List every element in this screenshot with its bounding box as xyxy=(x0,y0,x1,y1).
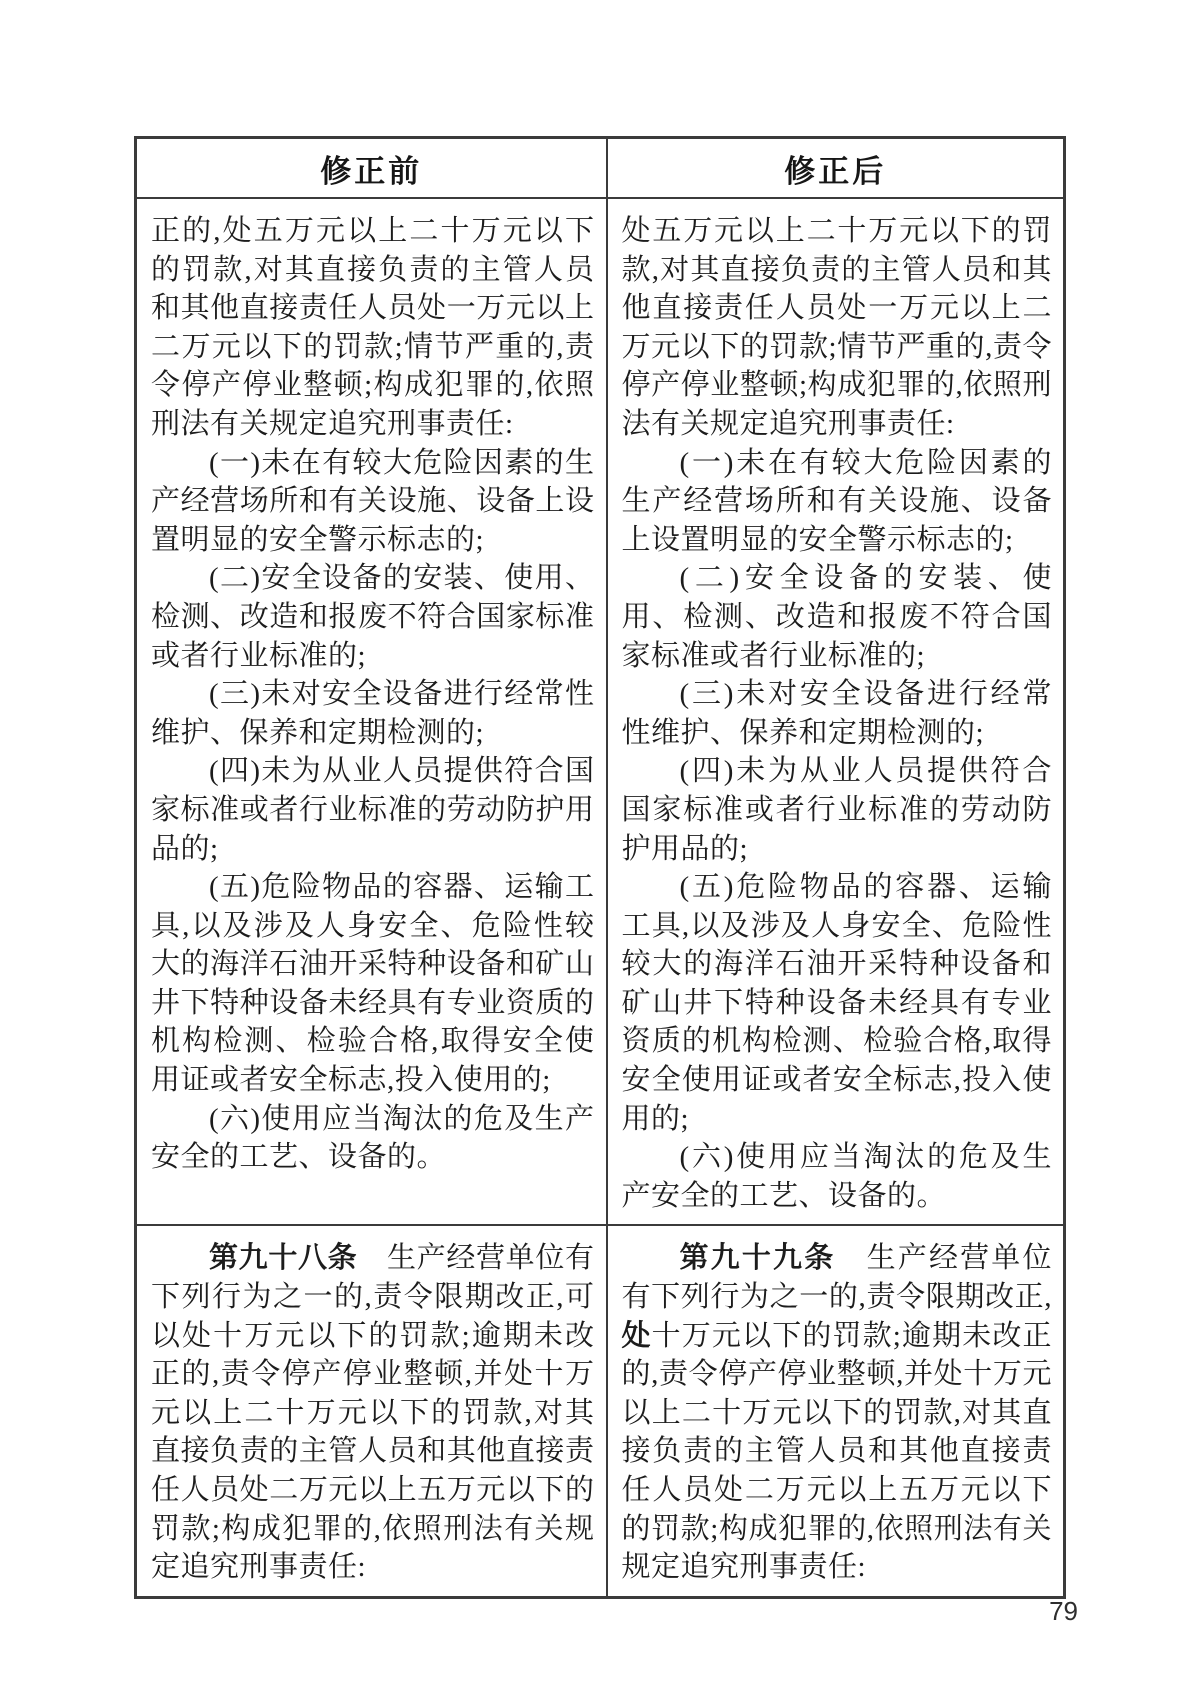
paragraph: (三)未对安全设备进行经常性维护、保养和定期检测的; xyxy=(622,675,1053,752)
paragraph: (四)未为从业人员提供符合国家标准或者行业标准的劳动防护用品的; xyxy=(151,752,595,868)
table-row: 正的,处五万元以上二十万元以下的罚款,对其直接负责的主管人员和其他直接责任人员处… xyxy=(136,198,1065,1225)
text-segment: (四)未为从业人员提供符合国家标准或者行业标准的劳动防护用品的; xyxy=(151,755,595,864)
amendment-comparison-table: 修正前 修正后 正的,处五万元以上二十万元以下的罚款,对其直接负责的主管人员和其… xyxy=(134,136,1066,1599)
column-header-after: 修正后 xyxy=(607,138,1065,199)
text-segment: (六)使用应当淘汰的危及生产安全的工艺、设备的。 xyxy=(151,1103,595,1174)
text-segment: (三)未对安全设备进行经常性维护、保养和定期检测的; xyxy=(622,678,1053,749)
text-segment: 处五万元以上二十万元以下的罚款,对其直接负责的主管人员和其他直接责任人员处一万元… xyxy=(622,215,1053,440)
bold-text: 第九十八条 xyxy=(209,1242,357,1274)
text-segment: (五)危险物品的容器、运输工具,以及涉及人身安全、危险性较大的海洋石油开采特种设… xyxy=(151,871,595,1096)
table-header: 修正前 修正后 xyxy=(136,138,1065,199)
paragraph: (五)危险物品的容器、运输工具,以及涉及人身安全、危险性较大的海洋石油开采特种设… xyxy=(151,868,595,1100)
cell-after: 处五万元以上二十万元以下的罚款,对其直接负责的主管人员和其他直接责任人员处一万元… xyxy=(607,198,1065,1225)
text-segment: (三)未对安全设备进行经常性维护、保养和定期检测的; xyxy=(151,678,595,749)
table-row: 第九十八条 生产经营单位有下列行为之一的,责令限期改正,可以处十万元以下的罚款;… xyxy=(136,1225,1065,1597)
paragraph: (二)安全设备的安装、使用、检测、改造和报废不符合国家标准或者行业标准的; xyxy=(622,559,1053,675)
header-row: 修正前 修正后 xyxy=(136,138,1065,199)
text-segment: 正的,处五万元以上二十万元以下的罚款,对其直接负责的主管人员和其他直接责任人员处… xyxy=(151,215,595,440)
text-segment: 生产经营单位有下列行为之一的,责令限期改正,可以处十万元以下的罚款;逾期未改正的… xyxy=(151,1242,595,1583)
paragraph: 第九十九条 生产经营单位有下列行为之一的,责令限期改正,处十万元以下的罚款;逾期… xyxy=(622,1239,1053,1586)
text-segment: (二)安全设备的安装、使用、检测、改造和报废不符合国家标准或者行业标准的; xyxy=(151,562,595,671)
text-segment: (一)未在有较大危险因素的生产经营场所和有关设施、设备上设置明显的安全警示标志的… xyxy=(622,447,1053,556)
paragraph: (二)安全设备的安装、使用、检测、改造和报废不符合国家标准或者行业标准的; xyxy=(151,559,595,675)
paragraph: (六)使用应当淘汰的危及生产安全的工艺、设备的。 xyxy=(151,1100,595,1177)
text-segment: (六)使用应当淘汰的危及生产安全的工艺、设备的。 xyxy=(622,1141,1053,1212)
paragraph: 正的,处五万元以上二十万元以下的罚款,对其直接负责的主管人员和其他直接责任人员处… xyxy=(151,212,595,444)
paragraph: 第九十八条 生产经营单位有下列行为之一的,责令限期改正,可以处十万元以下的罚款;… xyxy=(151,1239,595,1586)
bold-text: 第九十九条 xyxy=(680,1242,836,1274)
table-body: 正的,处五万元以上二十万元以下的罚款,对其直接负责的主管人员和其他直接责任人员处… xyxy=(136,198,1065,1597)
cell-before: 正的,处五万元以上二十万元以下的罚款,对其直接负责的主管人员和其他直接责任人员处… xyxy=(136,198,607,1225)
paragraph: (一)未在有较大危险因素的生产经营场所和有关设施、设备上设置明显的安全警示标志的… xyxy=(622,444,1053,560)
paragraph: (一)未在有较大危险因素的生产经营场所和有关设施、设备上设置明显的安全警示标志的… xyxy=(151,444,595,560)
text-segment: (四)未为从业人员提供符合国家标准或者行业标准的劳动防护用品的; xyxy=(622,755,1053,864)
paragraph: (五)危险物品的容器、运输工具,以及涉及人身安全、危险性较大的海洋石油开采特种设… xyxy=(622,868,1053,1138)
text-segment: (一)未在有较大危险因素的生产经营场所和有关设施、设备上设置明显的安全警示标志的… xyxy=(151,447,595,556)
cell-before: 第九十八条 生产经营单位有下列行为之一的,责令限期改正,可以处十万元以下的罚款;… xyxy=(136,1225,607,1597)
text-segment: 十万元以下的罚款;逾期未改正的,责令停产停业整顿,并处十万元以上二十万元以下的罚… xyxy=(622,1320,1053,1584)
bold-text: 处 xyxy=(622,1320,652,1352)
column-header-before: 修正前 xyxy=(136,138,607,199)
paragraph: (六)使用应当淘汰的危及生产安全的工艺、设备的。 xyxy=(622,1138,1053,1215)
page-number: 79 xyxy=(1018,1596,1078,1627)
paragraph: 处五万元以上二十万元以下的罚款,对其直接负责的主管人员和其他直接责任人员处一万元… xyxy=(622,212,1053,444)
text-segment: (二)安全设备的安装、使用、检测、改造和报废不符合国家标准或者行业标准的; xyxy=(622,562,1053,671)
text-segment: (五)危险物品的容器、运输工具,以及涉及人身安全、危险性较大的海洋石油开采特种设… xyxy=(622,871,1053,1135)
paragraph: (三)未对安全设备进行经常性维护、保养和定期检测的; xyxy=(151,675,595,752)
cell-after: 第九十九条 生产经营单位有下列行为之一的,责令限期改正,处十万元以下的罚款;逾期… xyxy=(607,1225,1065,1597)
paragraph: (四)未为从业人员提供符合国家标准或者行业标准的劳动防护用品的; xyxy=(622,752,1053,868)
